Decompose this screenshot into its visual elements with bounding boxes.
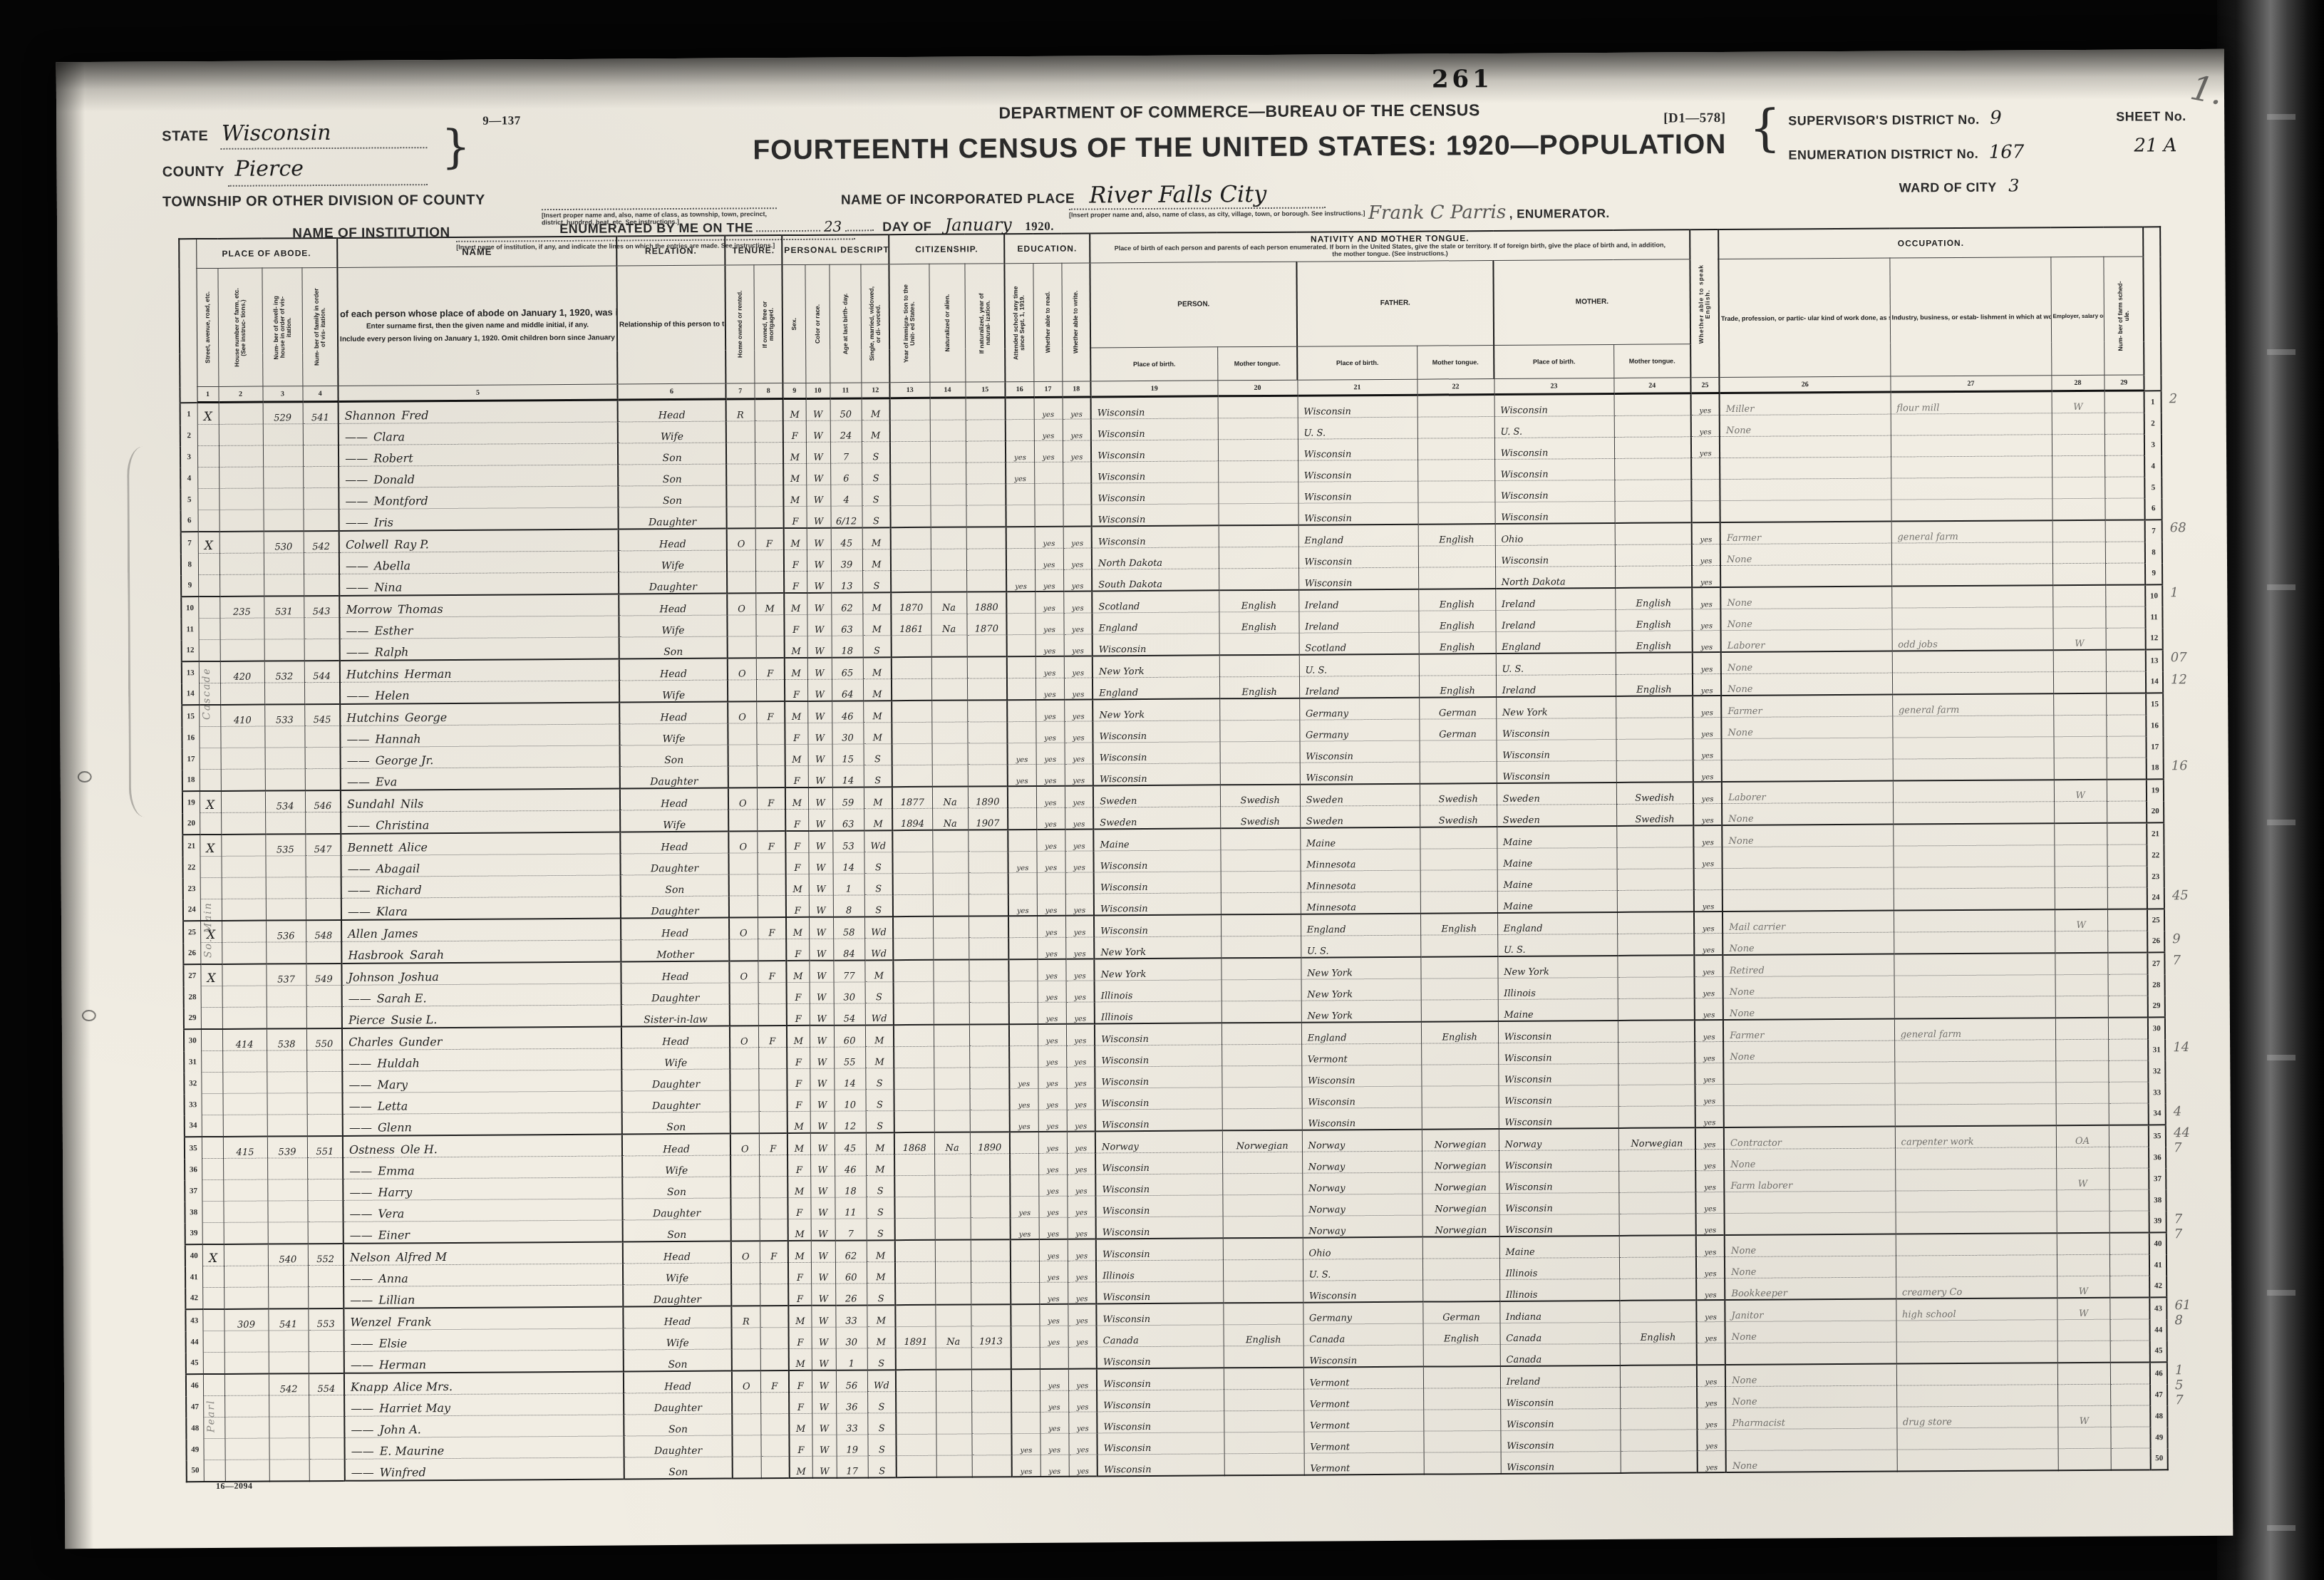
cell-f [308,1286,344,1308]
handwritten-value: Wisconsin [1098,429,1145,440]
cell-c: W [810,982,834,1003]
handwritten-value: O [738,604,745,614]
handwritten-value: Wd [871,927,887,938]
cell-ft [1423,1344,1500,1366]
cell-im [891,505,931,527]
line-number-right: 11 [2146,606,2163,628]
col-age: Age at last birth- day. [842,293,849,354]
cell-oc [1726,1428,1897,1450]
handwritten-value: Wisconsin [1507,1420,1554,1430]
handwritten-value: F [768,798,774,809]
line-number-right: 38 [2149,1189,2167,1211]
cell-fm [759,1198,787,1219]
cell-fm [760,1219,788,1241]
cell-ny [966,549,1006,570]
handwritten-value: yes [1019,1209,1031,1217]
cell-fm: F [757,831,785,853]
cell-o [726,421,755,443]
handwritten-value: U. S. [1502,664,1524,675]
cell-tg [1223,1194,1303,1217]
col-employer: Employer, salary or wage worker, or work… [2051,257,2104,375]
cell-tg [1223,1216,1303,1238]
cell-fb: New York [1301,1000,1421,1023]
cell-tg [1221,958,1301,980]
handwritten-value: W [816,842,825,852]
cell-fs [2108,1017,2148,1039]
handwritten-value: —— Letta [349,1099,408,1113]
handwritten-value: M [790,474,800,485]
cell-fm [760,1328,789,1349]
cell-wr: yes [1068,1412,1097,1433]
group-citizenship: CITIZENSHIP. [889,234,1004,264]
handwritten-value: yes [1043,605,1055,613]
line-number-right: 28 [2148,974,2165,996]
cell-fm [755,507,784,529]
cell-en: yes [1697,1387,1725,1408]
cell-o: O [728,701,756,723]
handwritten-value: None [1728,836,1753,847]
line-number: 16 [182,727,199,748]
cell-ind: flour mill [1891,391,2052,414]
handwritten-value: Wife [663,820,686,831]
cell-d [263,445,303,467]
handwritten-value: Wisconsin [1504,1096,1552,1107]
handwritten-value: Norwegian [1435,1161,1487,1172]
cell-ind [1891,585,2052,608]
cell-a: 30 [832,723,863,744]
handwritten-value: O [738,668,746,679]
handwritten-value: North Dakota [1502,577,1566,588]
cell-f [304,639,340,661]
handwritten-value: 537 [277,974,295,985]
cell-tg [1224,1389,1303,1411]
cell-ind: creamery Co [1896,1276,2057,1299]
handwritten-value: —— Huldah [348,1056,420,1070]
handwritten-value: yes [1072,605,1084,613]
cell-x [201,986,222,1007]
handwritten-value: W [815,668,824,679]
cell-wr: yes [1067,1174,1095,1196]
cell-x [203,1331,224,1352]
handwritten-value: Wisconsin [1101,1077,1149,1088]
cell-fb: Norway [1302,1151,1422,1173]
cell-pb: England [1093,677,1219,700]
cell-pb: Wisconsin [1096,1217,1223,1239]
cell-sx: M [790,1456,812,1478]
cell-sx: F [785,809,808,831]
cell-h [219,424,263,445]
cell-fb: Wisconsin [1303,1345,1423,1368]
line-number-right: 22 [2147,845,2164,866]
cell-ft: English [1419,631,1496,654]
cell-h [219,467,263,488]
cell-fs [2109,1254,2149,1276]
cell-mb: England [1496,631,1616,654]
cell-a: 60 [835,1262,867,1284]
cell-d [266,877,306,899]
cell-x [202,1137,223,1159]
cell-c: W [811,1219,835,1241]
handwritten-value: F [792,582,799,592]
cell-mt [1619,1214,1696,1236]
cell-oc: Farmer [1720,522,1891,544]
cell-mb: Indiana [1499,1301,1619,1323]
handwritten-value: X [206,842,215,856]
cell-c: W [811,1241,835,1263]
handwritten-value: 46 [842,711,854,722]
handwritten-value: yes [1048,1318,1060,1326]
cell-rd: yes [1040,1390,1068,1412]
cell-oc [1725,1191,1896,1213]
cell-a: 46 [832,701,863,723]
cell-mt [1618,1020,1695,1042]
ward-label: WARD OF CITY [1899,180,1997,195]
handwritten-value: M [795,1251,805,1262]
cell-sc: yes [1011,1217,1039,1239]
cell-h [224,1395,269,1417]
cell-rd: yes [1038,1153,1067,1174]
handwritten-value: Maine [1504,1010,1533,1021]
handwritten-value: M [790,539,800,549]
cell-sx: F [787,1155,810,1176]
cell-x: X [200,835,221,857]
cell-ind [1894,1061,2055,1083]
cell-f [309,1395,344,1416]
cell-fb: Norway [1303,1215,1422,1238]
handwritten-value: 1870 [975,624,998,634]
cell-h [225,1460,269,1482]
cell-ft [1420,848,1497,870]
col-home-owned: Home owned or rented. [736,291,743,358]
cell-oc: None [1721,716,1892,738]
handwritten-value: yes [1703,969,1715,976]
cell-f [304,726,340,747]
cell-rd [1034,483,1063,505]
cell-em [2057,1384,2110,1405]
line-number-right: 24 [2147,887,2164,909]
cell-im [896,1348,936,1370]
cell-fb: Wisconsin [1298,502,1418,525]
cell-mt [1615,501,1692,523]
handwritten-value: —— Winfred [351,1465,426,1480]
cell-ny [969,1024,1009,1046]
cell-rd: yes [1034,440,1063,462]
cell-sx: F [784,571,807,593]
cell-tg [1221,892,1301,914]
cell-wr: yes [1065,785,1093,807]
cell-d [264,639,304,661]
handwritten-value: English [1441,924,1477,934]
line-number-right: 40 [2149,1232,2167,1254]
place-value: River Falls City [1089,180,1266,209]
cell-x [202,1222,224,1244]
cell-im [894,1025,934,1047]
cell-oc: Farmer [1723,1019,1894,1042]
handwritten-value: F [794,820,800,830]
handwritten-value: Vermont [1310,1378,1350,1388]
handwritten-value: Sweden [1503,794,1540,805]
handwritten-value: —— Ralph [346,645,409,659]
handwritten-value: Wisconsin [1501,448,1549,459]
handwritten-value: yes [1700,579,1713,587]
cell-d [267,1007,306,1029]
cell-em [2055,931,2107,953]
line-number-right: 44 [2150,1319,2167,1341]
handwritten-value: yes [1073,691,1085,699]
cell-x [199,683,220,705]
cell-r: Head [620,788,728,810]
handwritten-value: M [876,1251,885,1261]
cell-na [930,441,966,463]
cell-name: —— E. Maurine [345,1436,624,1459]
handwritten-value: M [873,819,882,830]
cell-ny [969,916,1008,938]
handwritten-value: S [873,581,879,592]
cell-a: 64 [832,679,863,701]
cell-x [203,1352,224,1374]
cell-r: Head [623,1306,731,1328]
handwritten-value: Wisconsin [1304,492,1352,502]
cell-x [200,748,221,769]
cell-fs [2108,1060,2148,1082]
handwritten-value: OA [2075,1136,2090,1147]
cell-r: Wife [622,1155,730,1177]
cell-c: W [807,528,831,550]
cell-c: W [807,506,831,528]
handwritten-value: Illinois [1101,1012,1133,1023]
cell-mt [1615,522,1692,544]
cell-d [264,618,304,639]
cell-fm: M [755,593,784,615]
cell-h [219,402,263,424]
cell-na [934,981,969,1003]
cell-m: M [863,701,892,723]
cell-tg: English [1219,611,1299,634]
handwritten-value: Son [663,646,683,658]
handwritten-value: Ireland [1507,1377,1541,1388]
handwritten-value: yes [1070,411,1083,419]
handwritten-value: R [737,410,744,420]
cell-name: —— Abagail [341,854,621,877]
handwritten-value: yes [1703,1033,1715,1041]
cell-ind [1894,845,2055,867]
line-number-right: 36 [2149,1147,2166,1168]
cell-mb: Wisconsin [1494,393,1614,416]
handwritten-value: Daughter [654,1445,702,1457]
cell-en: yes [1695,1171,1724,1192]
cell-im [893,916,933,939]
handwritten-value: —— Sarah E. [348,991,427,1006]
handwritten-value: yes [1075,1231,1088,1239]
cell-em [2052,542,2105,563]
handwritten-value: None [1727,684,1752,695]
handwritten-value: Wisconsin [1099,644,1147,655]
cell-c: W [807,701,832,723]
line-number-right: 34 [2149,1103,2166,1125]
cell-m: M [864,809,892,831]
cell-sx: F [787,1047,810,1068]
cell-im [897,1434,936,1455]
column-number: 17 [1034,381,1063,397]
handwritten-value: Wisconsin [1505,1161,1553,1172]
cell-f: 548 [306,920,341,942]
column-number: 7 [725,383,754,399]
handwritten-value: F [792,431,798,442]
handwritten-value: —— Hannah [346,732,420,746]
cell-pb: Wisconsin [1093,763,1220,786]
handwritten-value: Ireland [1502,686,1537,696]
cell-h [224,1438,269,1460]
cell-r: Wife [620,810,728,832]
cell-mt [1617,912,1694,934]
cell-x [203,1374,224,1396]
handwritten-value: W [813,453,822,463]
cell-c: W [812,1435,837,1456]
handwritten-value: None [1730,1052,1755,1063]
cell-en: yes [1692,544,1720,566]
handwritten-value: 541 [311,413,329,423]
cell-name: —— Sarah E. [342,983,621,1006]
cell-sc: yes [1010,1088,1038,1110]
handwritten-value: W [816,863,825,874]
handwritten-value: Wd [872,1013,887,1024]
cell-na [930,463,966,484]
handwritten-value: Vermont [1310,1420,1350,1431]
cell-d [264,726,304,748]
cell-ny: 1880 [966,592,1006,614]
handwritten-value: Ireland [1305,621,1339,632]
handwritten-value: 548 [314,931,332,941]
cell-c: W [810,1003,834,1026]
cell-ny [971,1391,1011,1413]
cell-mt [1617,934,1694,956]
cell-x [204,1460,225,1482]
handwritten-value: yes [1077,1403,1089,1411]
handwritten-value: yes [1703,990,1715,998]
cell-en: yes [1693,652,1721,674]
cell-d [265,748,305,769]
handwritten-value: yes [1019,1231,1031,1239]
handwritten-value: yes [1074,929,1086,937]
cell-name: Sundahl Nils [341,788,620,812]
cell-rd: yes [1036,807,1065,830]
cell-h [222,1072,267,1093]
cell-pb: Wisconsin [1095,1023,1222,1045]
mother-tongue-header: Mother tongue. [1613,344,1690,378]
handwritten-value: 1890 [976,797,999,807]
cell-rd: yes [1040,1433,1069,1455]
handwritten-value: O [740,928,748,939]
cell-na: Na [936,1326,971,1348]
handwritten-value: yes [1048,1447,1060,1455]
handwritten-value: Bookkeeper [1731,1289,1787,1299]
handwritten-value: 541 [279,1319,297,1330]
handwritten-value: M [872,559,881,570]
cell-na [931,549,966,570]
handwritten-value: Wisconsin [1103,1357,1151,1368]
cell-x [198,618,220,639]
cell-oc: Miller [1720,392,1891,415]
cell-ind [1891,413,2052,435]
handwritten-value: S [873,516,879,527]
census-table-wrap: PLACE OF ABODE. NAME RELATION. TENURE. P… [178,226,2167,1482]
cell-r: Wife [618,421,726,443]
cell-h [224,1374,269,1396]
cell-d [268,1222,308,1244]
cell-ft [1423,1388,1500,1410]
handwritten-value: M [796,1424,805,1435]
line-number-right: 47 [2150,1384,2167,1405]
handwritten-value: yes [1048,1253,1060,1261]
cell-sx: F [787,1090,810,1111]
cell-na [932,765,968,787]
cell-h [219,445,263,467]
handwritten-value: None [1729,944,1754,954]
handwritten-value: New York [1307,1011,1353,1021]
handwritten-value: English [1241,601,1277,611]
handwritten-value: 1877 [901,797,924,808]
cell-c: W [810,1197,835,1219]
cell-sx: M [786,917,809,939]
cell-en: yes [1693,631,1721,653]
handwritten-value: Hasbrook Sarah [348,948,444,962]
cell-ny: 1907 [968,808,1008,830]
handwritten-value: 309 [237,1320,255,1331]
cell-sc [1007,700,1036,722]
handwritten-value: F [794,842,800,852]
handwritten-value: Na [946,1337,960,1348]
handwritten-value: yes [1017,907,1029,915]
cell-rd: yes [1035,569,1063,592]
cell-im [892,635,931,657]
handwritten-value: W [817,1036,826,1047]
cell-na [936,1391,971,1413]
line-number-right: 42 [2149,1276,2167,1298]
cell-fm [757,853,785,874]
handwritten-value: Wd [871,949,887,959]
cell-rd [1034,462,1063,483]
column-number: 25 [1691,378,1720,393]
handwritten-value: Norwegian [1435,1182,1487,1193]
cell-pb: Wisconsin [1095,1045,1222,1067]
cell-ft [1422,1236,1499,1259]
handwritten-value: 63 [842,819,854,830]
cell-tg [1219,633,1299,655]
column-number: 26 [1720,376,1891,393]
handwritten-value: Head [663,1251,691,1263]
cell-ny [967,722,1007,743]
handwritten-value: —— Emma [349,1164,415,1178]
cell-m: M [862,398,890,420]
cell-rd: yes [1037,959,1065,981]
handwritten-value: F [797,1381,804,1392]
cell-r: Daughter [624,1435,732,1457]
handwritten-value: Daughter [650,776,698,788]
cell-fm: F [757,788,785,810]
cell-sc [1006,397,1034,419]
cell-mb: Ireland [1500,1365,1620,1388]
line-number-right: 20 [2147,801,2164,823]
cell-pb: Wisconsin [1098,1454,1224,1477]
handwritten-value: Daughter [651,906,698,917]
cell-im [892,830,932,852]
group-tenure: TENURE. [725,235,782,265]
handwritten-value: None [1727,554,1752,565]
handwritten-value: S [879,1423,885,1434]
handwritten-value: Wisconsin [1502,772,1550,783]
cell-pb: Wisconsin [1091,461,1218,483]
handwritten-value: England [1099,623,1138,634]
